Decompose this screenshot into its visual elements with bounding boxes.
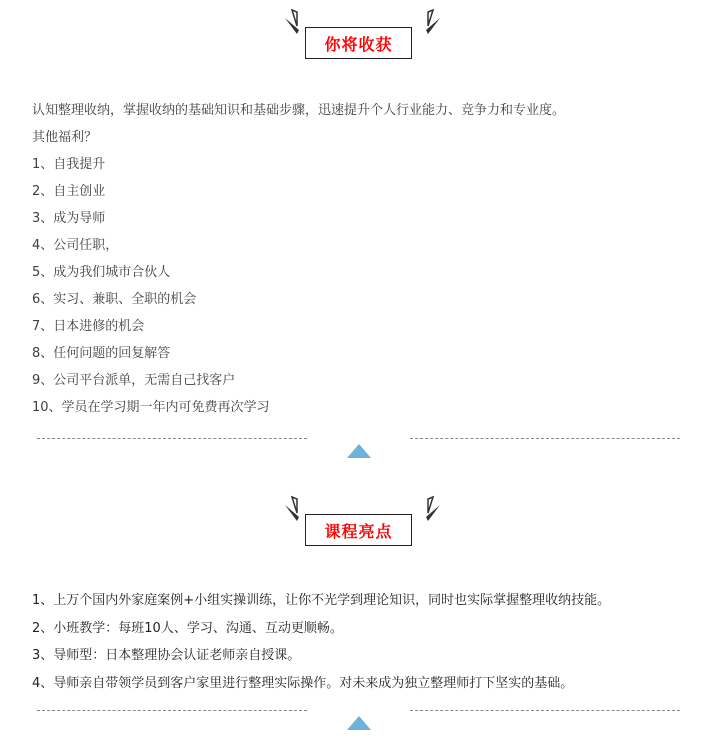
list-item: 3、成为导师 — [32, 205, 565, 232]
section-title: 你将收获 — [305, 27, 412, 59]
subtitle-text: 其他福利？ — [32, 124, 565, 151]
list-item: 3、导师型：日本整理协会认证老师亲自授课。 — [32, 642, 610, 670]
list-item: 7、日本进修的机会 — [32, 313, 565, 340]
list-item: 4、导师亲自带领学员到客户家里进行整理实际操作。对未来成为独立整理师打下坚实的基… — [32, 670, 610, 698]
section-header-gains: 你将收获 — [0, 0, 724, 70]
list-item: 6、实习、兼职、全职的机会 — [32, 286, 565, 313]
list-item: 2、小班教学：每班10人、学习、沟通、互动更顺畅。 — [32, 615, 610, 643]
triangle-icon — [347, 716, 371, 730]
list-item: 2、自主创业 — [32, 178, 565, 205]
list-item: 5、成为我们城市合伙人 — [32, 259, 565, 286]
list-item: 10、学员在学习期一年内可免费再次学习 — [32, 394, 565, 421]
list-item: 1、自我提升 — [32, 151, 565, 178]
dashed-line — [37, 710, 307, 711]
list-item: 9、公司平台派单，无需自己找客户 — [32, 367, 565, 394]
intro-text: 认知整理收纳，掌握收纳的基础知识和基础步骤，迅速提升个人行业能力、竞争力和专业度… — [32, 97, 565, 124]
highlights-content: 1、上万个国内外家庭案例+小组实操训练，让你不光学到理论知识，同时也实际掌握整理… — [32, 587, 610, 697]
list-item: 4、公司任职， — [32, 232, 565, 259]
gains-content: 认知整理收纳，掌握收纳的基础知识和基础步骤，迅速提升个人行业能力、竞争力和专业度… — [32, 97, 565, 421]
dashed-line — [410, 710, 680, 711]
dashed-line — [37, 438, 307, 439]
list-item: 1、上万个国内外家庭案例+小组实操训练，让你不光学到理论知识，同时也实际掌握整理… — [32, 587, 610, 615]
spark-right-icon — [412, 495, 442, 525]
divider — [0, 438, 724, 468]
triangle-icon — [347, 444, 371, 458]
dashed-line — [410, 438, 680, 439]
divider — [0, 710, 724, 740]
section-title: 课程亮点 — [305, 514, 412, 546]
spark-right-icon — [412, 8, 442, 38]
section-header-highlights: 课程亮点 — [0, 490, 724, 560]
list-item: 8、任何问题的回复解答 — [32, 340, 565, 367]
